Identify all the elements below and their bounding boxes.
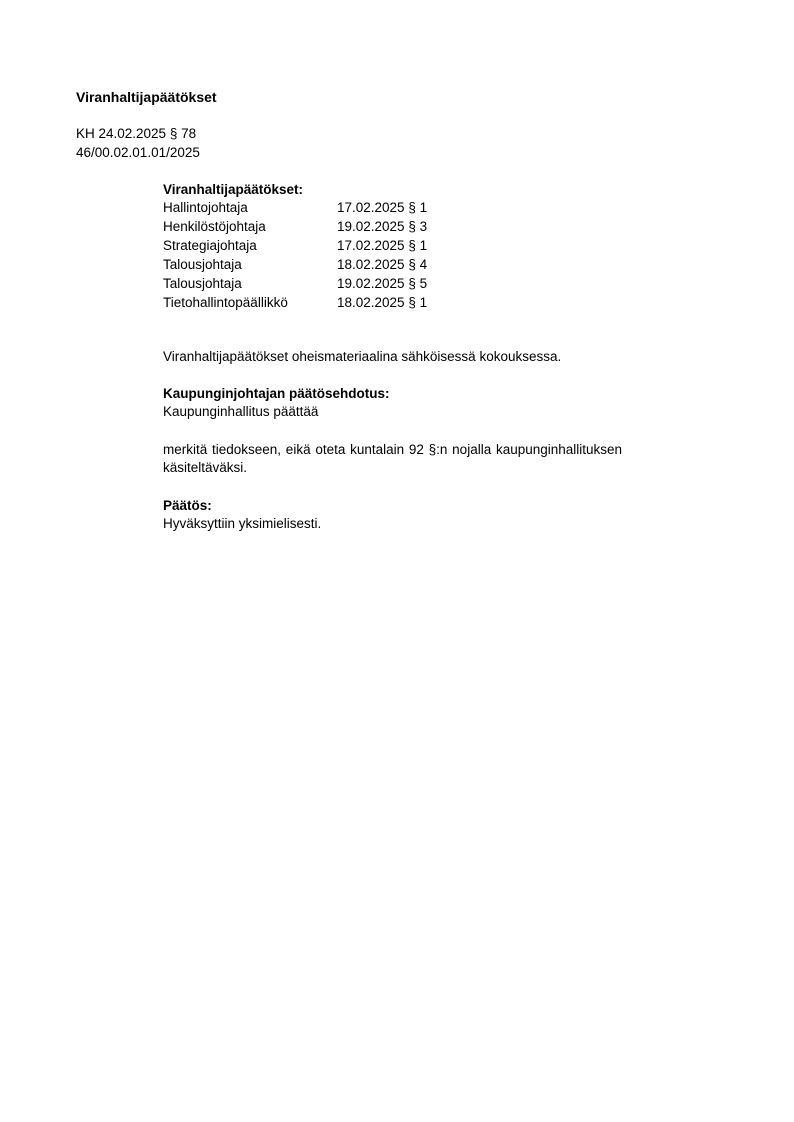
proposal-intro: Kaupunginhallitus päättää [163, 403, 318, 421]
decision-ref: 19.02.2025 § 3 [337, 217, 427, 236]
decision-role: Talousjohtaja [163, 274, 242, 293]
decision-ref: 18.02.2025 § 4 [337, 255, 427, 274]
decision-ref: 17.02.2025 § 1 [337, 236, 427, 255]
decision-ref: 19.02.2025 § 5 [337, 274, 427, 293]
decision-ref: 17.02.2025 § 1 [337, 198, 427, 217]
proposal-text-line2: käsiteltäväksi. [163, 459, 247, 477]
decision-role: Talousjohtaja [163, 255, 242, 274]
meeting-reference: KH 24.02.2025 § 78 [76, 125, 196, 143]
proposal-text-line1: merkitä tiedokseen, eikä oteta kuntalain… [163, 441, 622, 459]
attachment-note: Viranhaltijapäätökset oheismateriaalina … [163, 348, 561, 366]
decision-role: Henkilöstöjohtaja [163, 217, 266, 236]
decision-role: Tietohallintopäällikkö [163, 293, 288, 312]
decision-heading: Päätös: [163, 497, 212, 515]
document-title: Viranhaltijapäätökset [76, 88, 217, 106]
decision-role: Strategiajohtaja [163, 236, 257, 255]
decision-role: Hallintojohtaja [163, 198, 248, 217]
decisions-heading: Viranhaltijapäätökset: [163, 181, 303, 199]
decision-text: Hyväksyttiin yksimielisesti. [163, 515, 321, 533]
proposal-heading: Kaupunginjohtajan päätösehdotus: [163, 385, 390, 403]
decision-ref: 18.02.2025 § 1 [337, 293, 427, 312]
case-number: 46/00.02.01.01/2025 [76, 144, 200, 162]
